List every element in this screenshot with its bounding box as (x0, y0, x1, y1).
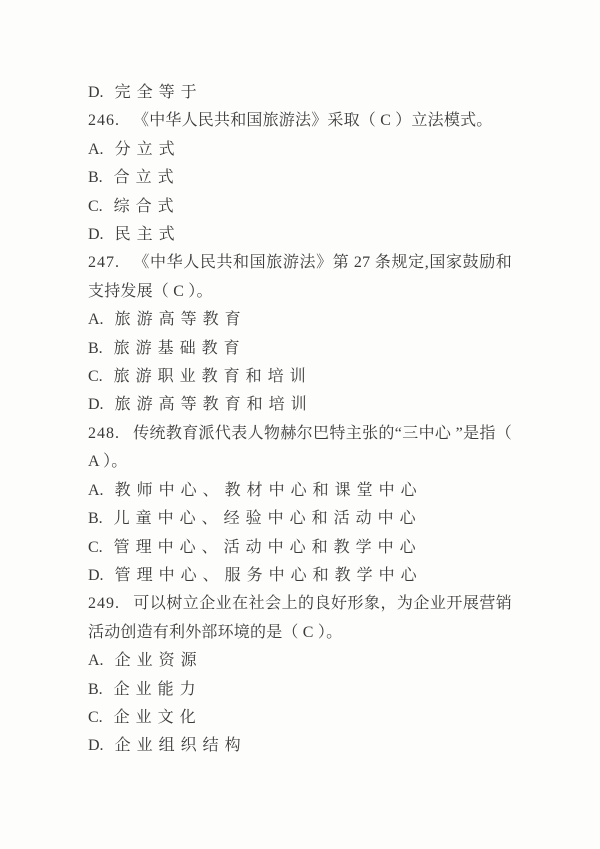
option-text: 旅游高等教育 (115, 311, 247, 328)
option-letter: A. (88, 311, 104, 328)
option-letter: B. (88, 510, 103, 527)
option-line-prev-d: D.完全等于 (88, 79, 512, 107)
option-line-248-b: B.儿童中心、经验中心和活动中心 (88, 505, 512, 533)
option-line-249-c: C.企业文化 (88, 704, 512, 732)
option-letter: C. (88, 709, 103, 726)
option-text: 管理中心、活动中心和教学中心 (114, 539, 422, 556)
option-letter: A. (88, 652, 104, 669)
option-text: 旅游基础教育 (114, 340, 246, 357)
question-stem-247: 247.《中华人民共和国旅游法》第 27 条规定,国家鼓励和支持发展（ C ）。 (88, 249, 512, 306)
option-text: 企业文化 (114, 709, 202, 726)
option-text: 儿童中心、经验中心和活动中心 (114, 510, 422, 527)
option-letter: A. (88, 141, 104, 158)
document-page: D.完全等于 246.《中华人民共和国旅游法》采取（ C ）立法模式。 A.分立… (0, 0, 600, 849)
option-letter: C. (88, 539, 103, 556)
question-number: 249. (88, 595, 120, 612)
question-stem-248: 248.传统教育派代表人物赫尔巴特主张的“三中心 ”是指（ A ）。 (88, 420, 512, 477)
option-line-249-a: A.企业资源 (88, 647, 512, 675)
option-text: 企业能力 (114, 681, 202, 698)
option-letter: D. (88, 396, 104, 413)
option-letter: C. (88, 368, 103, 385)
option-text: 管理中心、服务中心和教学中心 (115, 567, 423, 584)
question-stem-249: 249.可以树立企业在社会上的良好形象，为企业开展营销活动创造有利外部环境的是（… (88, 590, 512, 647)
option-line-246-b: B.合立式 (88, 164, 512, 192)
option-text: 分立式 (115, 141, 181, 158)
question-stem-246: 246.《中华人民共和国旅游法》采取（ C ）立法模式。 (88, 107, 512, 135)
option-letter: C. (88, 198, 103, 215)
option-line-248-d: D.管理中心、服务中心和教学中心 (88, 562, 512, 590)
option-line-246-c: C.综合式 (88, 193, 512, 221)
document-content: D.完全等于 246.《中华人民共和国旅游法》采取（ C ）立法模式。 A.分立… (0, 0, 600, 761)
option-text: 企业资源 (115, 652, 203, 669)
option-text: 旅游职业教育和培训 (114, 368, 312, 385)
question-number: 247. (88, 254, 120, 271)
option-line-248-c: C.管理中心、活动中心和教学中心 (88, 534, 512, 562)
question-text: 传统教育派代表人物赫尔巴特主张的“三中心 ”是指（ A ）。 (88, 425, 512, 470)
option-line-246-a: A.分立式 (88, 136, 512, 164)
option-line-248-a: A.教师中心、教材中心和课堂中心 (88, 477, 512, 505)
option-text: 旅游高等教育和培训 (115, 396, 313, 413)
option-letter: B. (88, 340, 103, 357)
option-line-247-d: D.旅游高等教育和培训 (88, 391, 512, 419)
option-text: 合立式 (114, 169, 180, 186)
option-text: 民主式 (115, 226, 181, 243)
question-text: 《中华人民共和国旅游法》采取（ C ）立法模式。 (133, 112, 492, 129)
option-text: 综合式 (114, 198, 180, 215)
option-letter: D. (88, 567, 104, 584)
option-letter: B. (88, 681, 103, 698)
question-number: 246. (88, 112, 120, 129)
question-text: 可以树立企业在社会上的良好形象，为企业开展营销活动创造有利外部环境的是（ C ）… (88, 595, 512, 640)
option-letter: D. (88, 84, 104, 101)
option-text: 完全等于 (115, 84, 203, 101)
question-number: 248. (88, 425, 120, 442)
option-letter: A. (88, 482, 104, 499)
option-line-247-b: B.旅游基础教育 (88, 335, 512, 363)
option-text: 教师中心、教材中心和课堂中心 (115, 482, 423, 499)
option-line-246-d: D.民主式 (88, 221, 512, 249)
option-letter: B. (88, 169, 103, 186)
option-line-247-a: A.旅游高等教育 (88, 306, 512, 334)
option-line-247-c: C.旅游职业教育和培训 (88, 363, 512, 391)
option-text: 企业组织结构 (115, 737, 247, 754)
question-text: 《中华人民共和国旅游法》第 27 条规定,国家鼓励和支持发展（ C ）。 (88, 254, 512, 299)
option-letter: D. (88, 226, 104, 243)
option-letter: D. (88, 737, 104, 754)
option-line-249-b: B.企业能力 (88, 676, 512, 704)
option-line-249-d: D.企业组织结构 (88, 732, 512, 760)
